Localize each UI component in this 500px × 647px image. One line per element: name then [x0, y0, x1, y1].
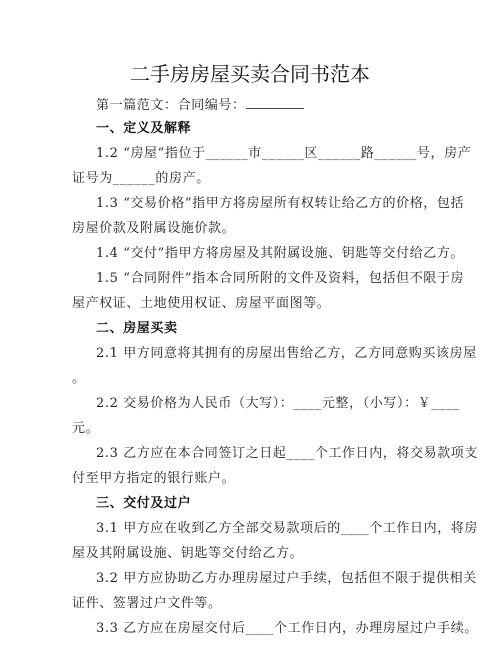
clause-2-1-line-1: 2.1 甲方同意将其拥有的房屋出售给乙方，乙方同意购买该房屋 [96, 346, 418, 362]
clause-1-3-line-1: 1.3 “交易价格”指甲方将房屋所有权转让给乙方的价格，包括 [96, 196, 418, 212]
document-title: 二手房房屋买卖合同书范本 [0, 58, 500, 87]
contract-number-blank [246, 96, 304, 109]
contract-number-line: 第一篇范文：合同编号： [96, 96, 418, 114]
clause-2-2-line-2: 元。 [72, 421, 418, 437]
clause-2-1-line-2: 。 [72, 371, 418, 387]
section-heading-1: 一、定义及解释 [96, 121, 418, 137]
clause-1-2-line-1: 1.2 “房屋”指位于______市______区______路______号，… [96, 146, 418, 162]
clause-1-3-line-2: 房屋价款及附属设施价款。 [72, 221, 418, 237]
clause-3-2-line-1: 3.2 甲方应协助乙方办理房屋过户手续，包括但不限于提供相关 [96, 571, 418, 587]
document-page: 二手房房屋买卖合同书范本 第一篇范文：合同编号： 一、定义及解释 1.2 “房屋… [0, 0, 500, 647]
clause-2-2-line-1: 2.2 交易价格为人民币（大写）：____元整，（小写）：￥____ [96, 396, 418, 412]
clause-2-3-line-1: 2.3 乙方应在本合同签订之日起____个工作日内，将交易款项支 [96, 446, 418, 462]
contract-number-label: 第一篇范文：合同编号： [96, 98, 246, 113]
clause-1-5-line-2: 屋产权证、土地使用权证、房屋平面图等。 [72, 296, 418, 312]
clause-1-5-line-1: 1.5 “合同附件”指本合同所附的文件及资料，包括但不限于房 [96, 271, 418, 287]
clause-3-1-line-2: 屋及其附属设施、钥匙等交付给乙方。 [72, 546, 418, 562]
section-heading-3: 三、交付及过户 [96, 496, 418, 512]
clause-3-2-line-2: 证件、签署过户文件等。 [72, 596, 418, 612]
section-heading-2: 二、房屋买卖 [96, 321, 418, 337]
clause-3-1-line-1: 3.1 甲方应在收到乙方全部交易款项后的____个工作日内，将房 [96, 521, 418, 537]
clause-2-3-line-2: 付至甲方指定的银行账户。 [72, 471, 418, 487]
clause-3-3-line-1: 3.3 乙方应在房屋交付后____个工作日内，办理房屋过户手续。 [96, 621, 418, 637]
clause-1-2-line-2: 证号为______的房产。 [72, 171, 418, 187]
clause-1-4-line-1: 1.4 “交付”指甲方将房屋及其附属设施、钥匙等交付给乙方。 [96, 246, 418, 262]
